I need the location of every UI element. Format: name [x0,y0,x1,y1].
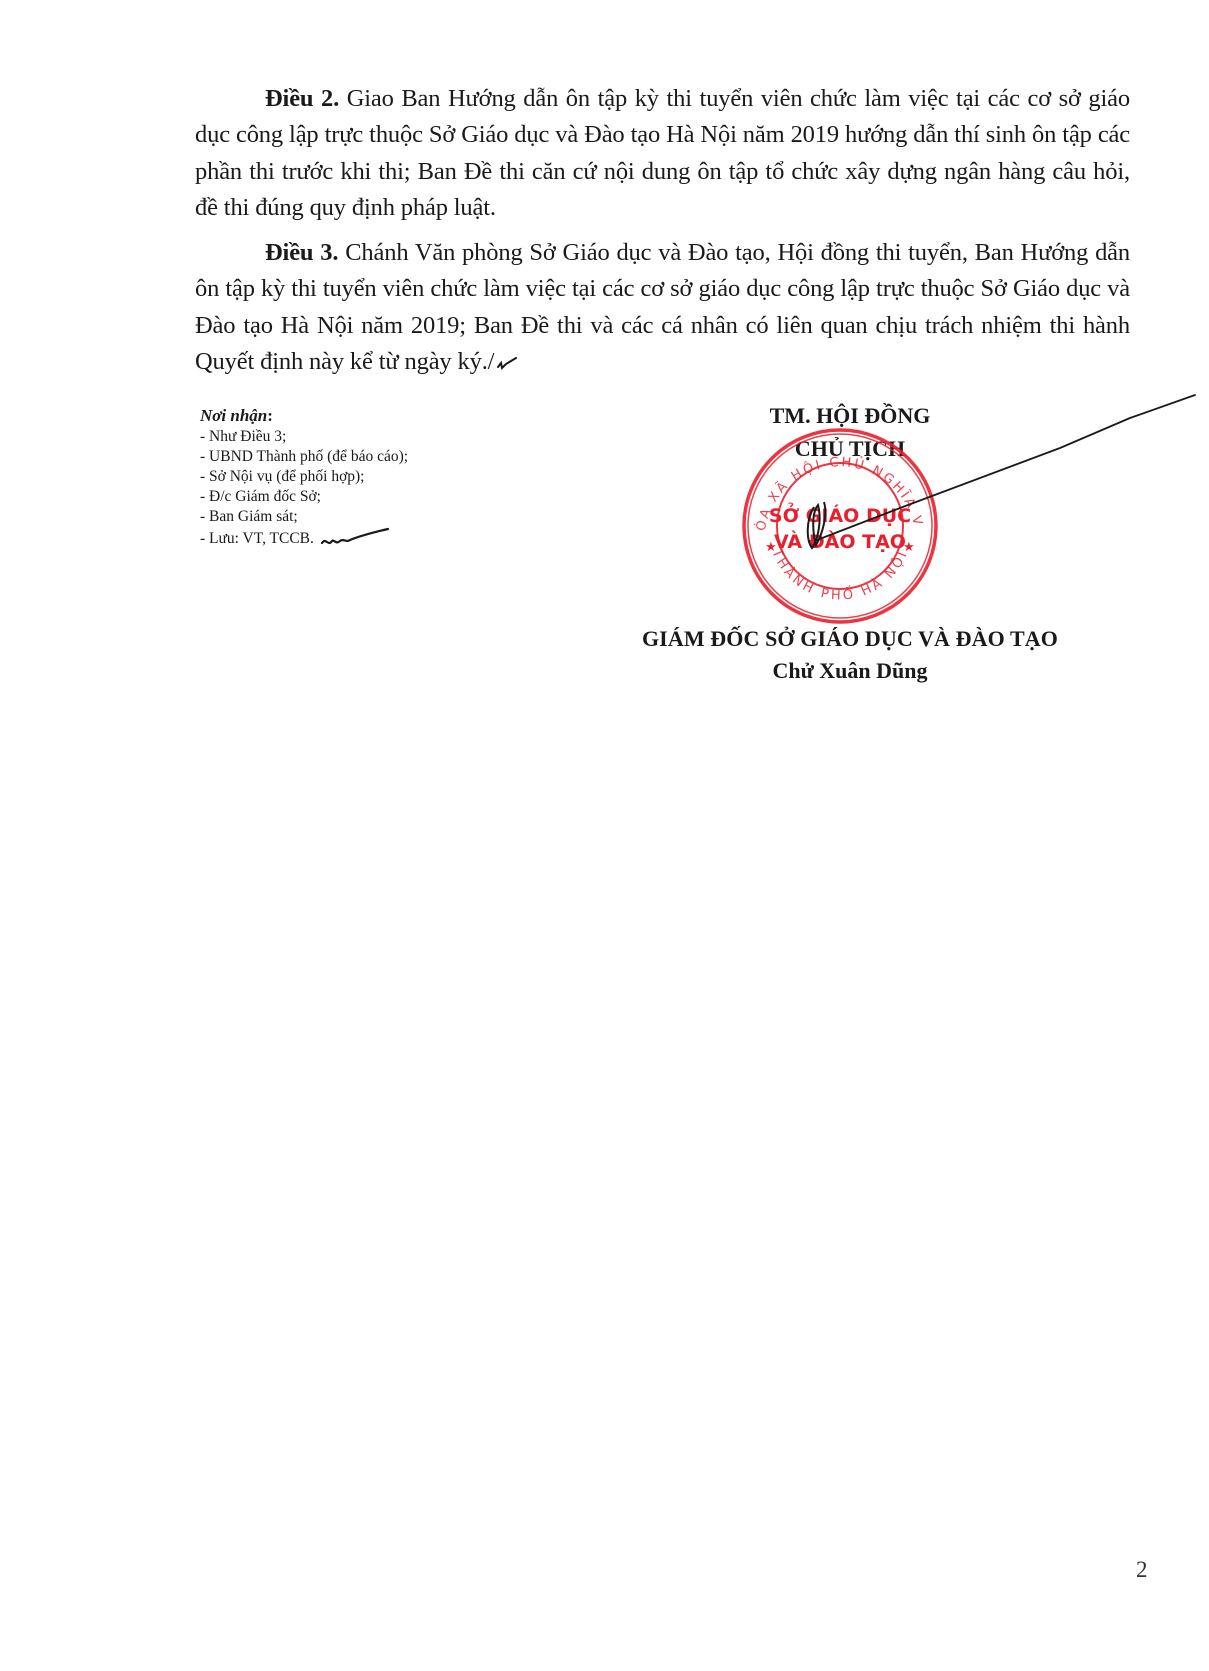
article-2-heading: Điều 2. [265,85,339,112]
article-2-paragraph: Điều 2. Giao Ban Hướng dẫn ôn tập kỳ thi… [195,81,1130,226]
article-3-paragraph: Điều 3. Chánh Văn phòng Sở Giáo dục và Đ… [195,235,1130,380]
recipient-item: - Như Điều 3; [200,427,408,447]
recipient-item-archive: - Lưu: VT, TCCB. [200,527,408,549]
svg-text:★: ★ [765,540,777,555]
svg-text:THÀNH PHỐ HÀ NỘI: THÀNH PHỐ HÀ NỘI [768,546,912,603]
recipient-item: - Ban Giám sát; [200,507,408,527]
recipients-title: Nơi nhận: [200,405,408,427]
initial-mark-icon [496,355,518,371]
page-number: 2 [1136,1557,1148,1583]
recipient-item-archive-text: - Lưu: VT, TCCB. [200,530,314,547]
svg-text:SỞ GIÁO DỤC: SỞ GIÁO DỤC [769,502,911,527]
signer-name: Chử Xuân Dũng [560,657,1140,685]
recipient-item: - Đ/c Giám đốc Sở; [200,487,408,507]
recipient-item: - Sở Nội vụ (để phối hợp); [200,467,408,487]
signer-position: GIÁM ĐỐC SỞ GIÁO DỤC VÀ ĐÀO TẠO [560,625,1140,653]
signer-role: CHỦ TỊCH [560,435,1140,463]
recipients-title-colon: : [267,406,273,425]
on-behalf-label: TM. HỘI ĐỒNG [560,402,1140,430]
svg-text:VÀ ĐÀO TẠO: VÀ ĐÀO TẠO [774,530,906,553]
recipients-title-text: Nơi nhận [200,406,267,425]
recipients-list: Nơi nhận: - Như Điều 3; - UBND Thành phố… [200,405,408,550]
article-3-heading: Điều 3. [265,239,338,266]
recipient-item: - UBND Thành phố (để báo cáo); [200,447,408,467]
svg-text:★: ★ [903,540,915,555]
initial-scribble-icon [320,527,390,549]
